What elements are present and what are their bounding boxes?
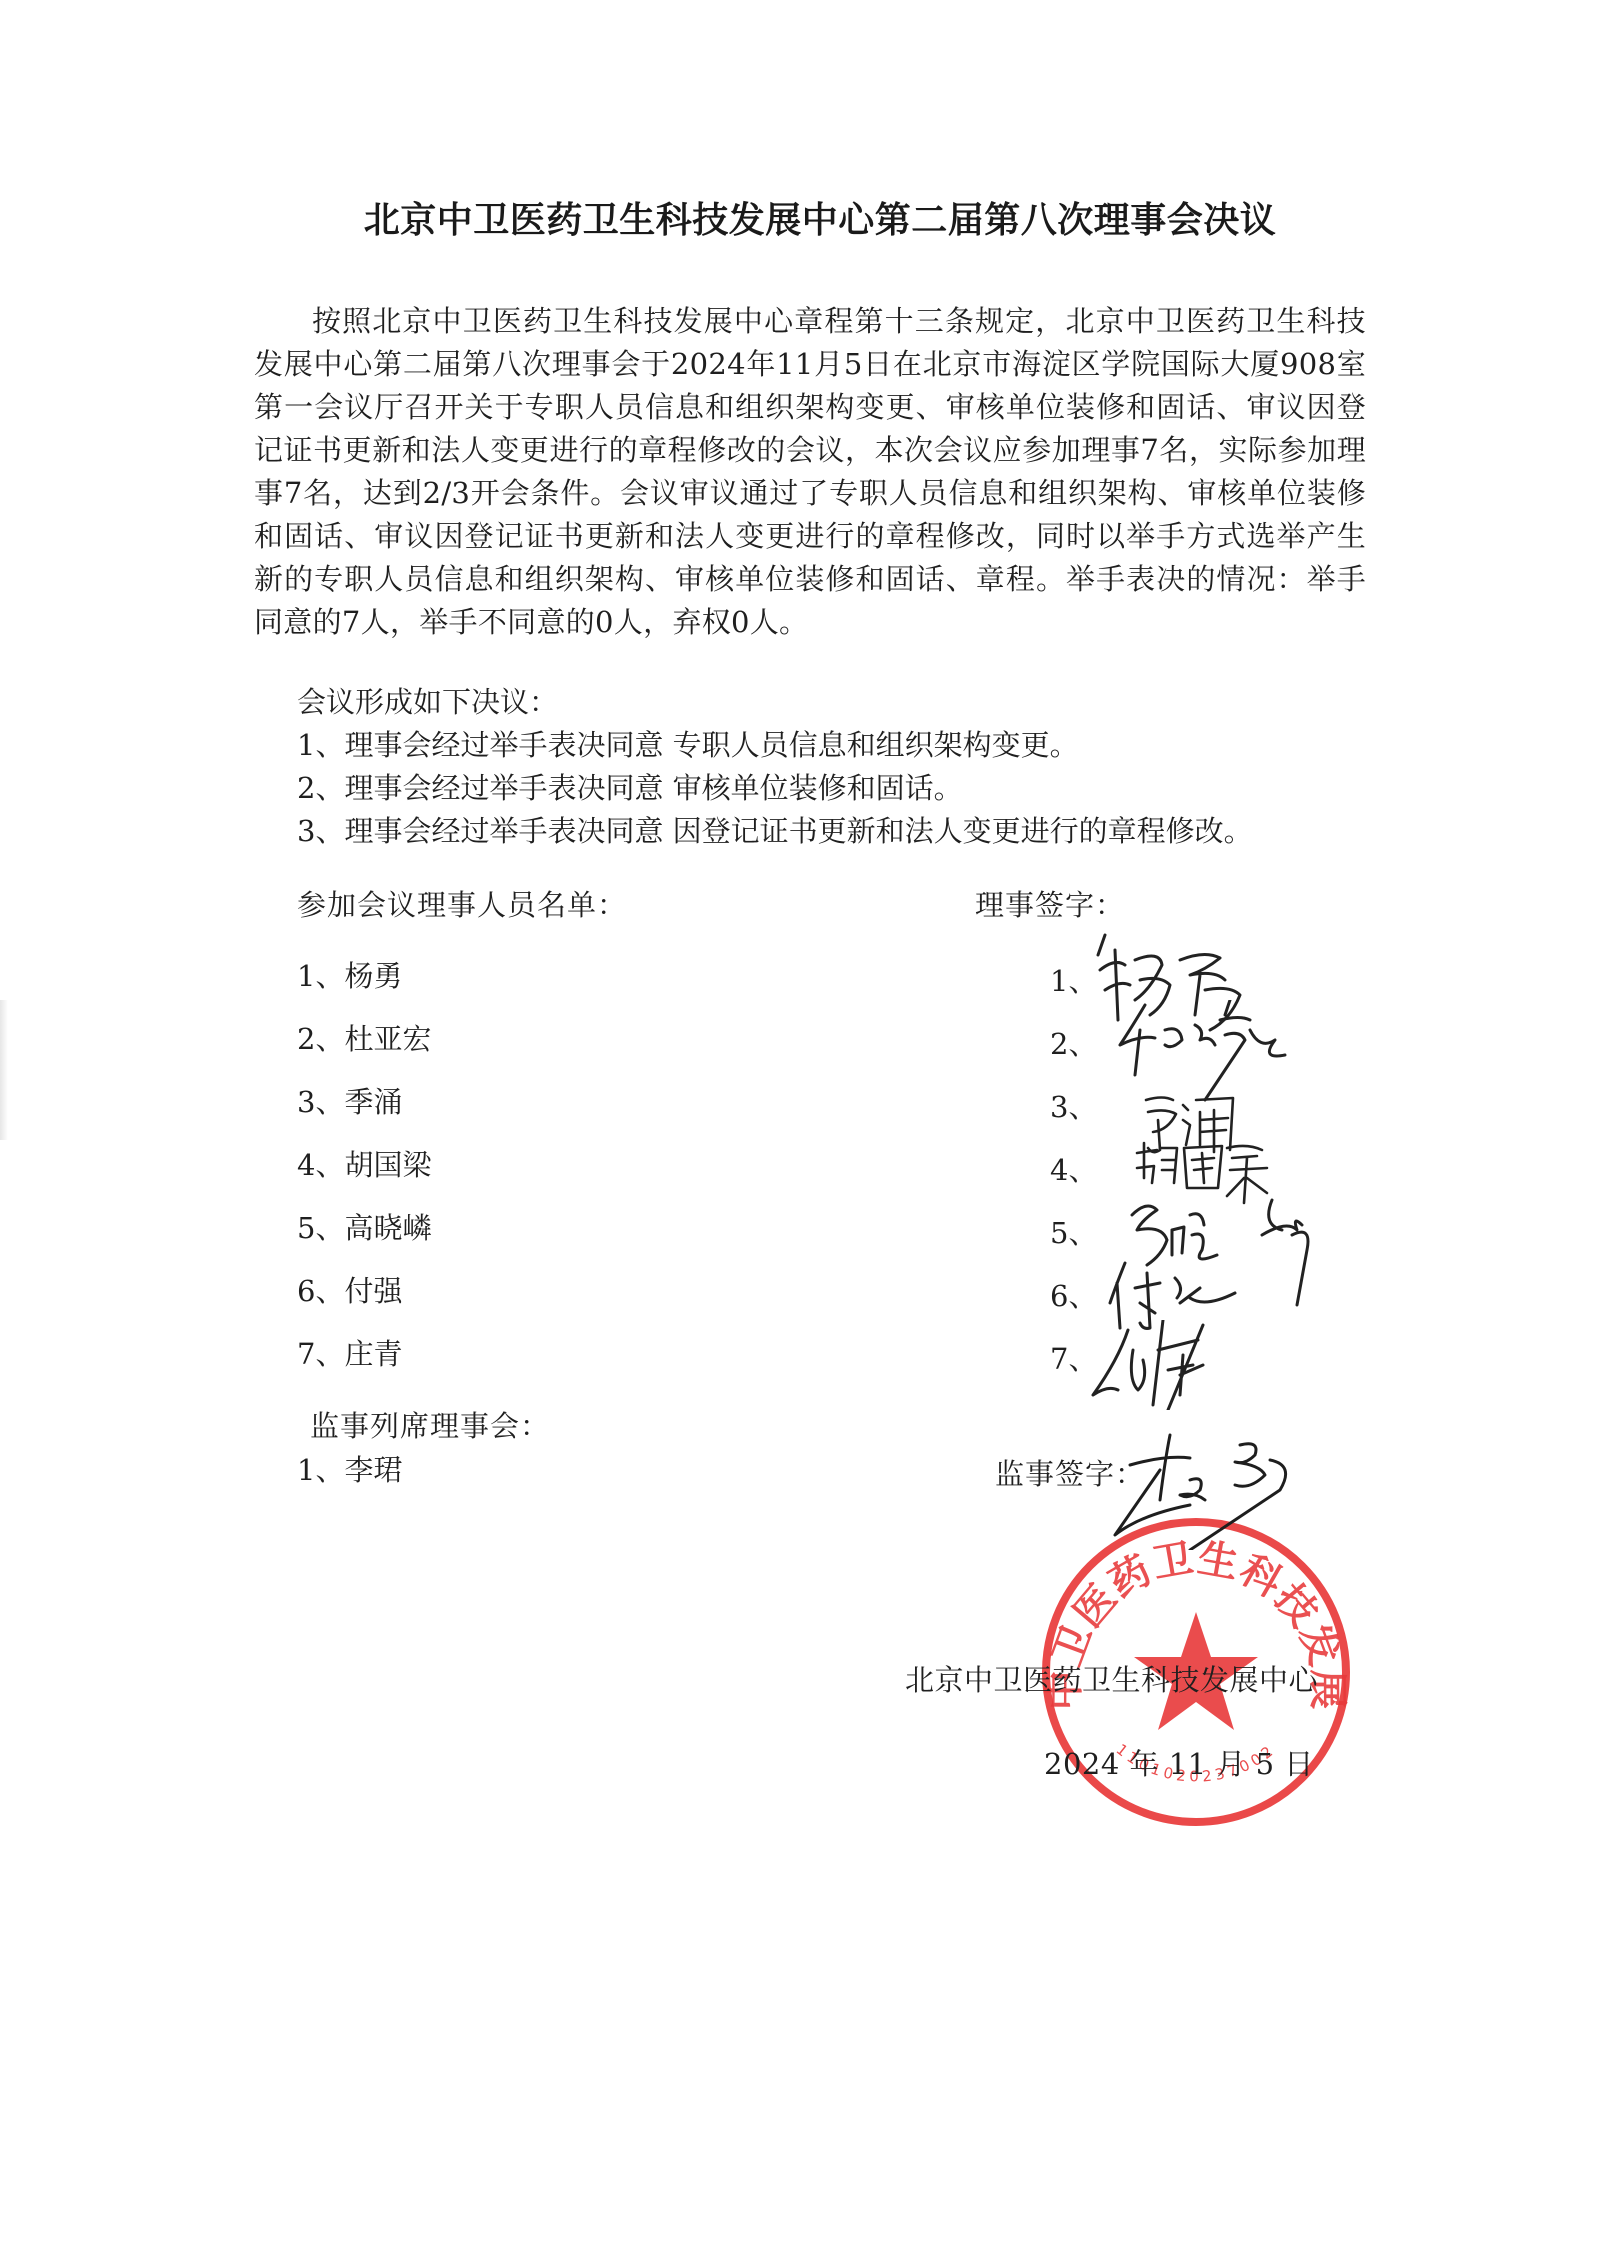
body-paragraph: 按照北京中卫医药卫生科技发展中心章程第十三条规定，北京中卫医药卫生科技发展中心第… <box>254 300 1366 644</box>
resolution-item: 3、理事会经过举手表决同意 因登记证书更新和法人变更进行的章程修改。 <box>297 810 1377 853</box>
signing-date: 2024 年 11 月 5 日 <box>1044 1746 1600 1782</box>
director-signature-heading: 理事签字： <box>975 887 1125 923</box>
signature-number: 3、 <box>1050 1089 1097 1125</box>
supervisor-heading: 监事列席理事会： <box>310 1408 550 1444</box>
signature-2-handwriting <box>1110 1000 1310 1110</box>
signature-number: 5、 <box>1050 1215 1097 1251</box>
resolution-item: 2、理事会经过举手表决同意 审核单位装修和固话。 <box>297 767 1377 810</box>
scan-artifact <box>0 1000 8 1140</box>
signature-number: 1、 <box>1050 963 1097 999</box>
signature-number: 2、 <box>1050 1026 1097 1062</box>
signature-number: 4、 <box>1050 1152 1097 1188</box>
organization-name: 北京中卫医药卫生科技发展中心 <box>905 1662 1600 1698</box>
attendee-item: 4、胡国梁 <box>297 1147 431 1183</box>
signature-3-handwriting <box>1138 1090 1258 1160</box>
attendee-item: 6、付强 <box>297 1273 402 1309</box>
signature-7-handwriting <box>1088 1320 1268 1410</box>
document-title: 北京中卫医药卫生科技发展中心第二届第八次理事会决议 <box>300 192 1340 243</box>
attendee-item: 3、季涌 <box>297 1084 402 1120</box>
signature-number: 7、 <box>1050 1341 1097 1377</box>
signature-5-handwriting <box>1122 1195 1332 1335</box>
attendee-item: 2、杜亚宏 <box>297 1021 431 1057</box>
attendee-item: 7、庄青 <box>297 1336 402 1372</box>
signature-6-handwriting <box>1105 1258 1265 1338</box>
attendee-item: 5、高晓嶙 <box>297 1210 431 1246</box>
signature-number: 6、 <box>1050 1278 1097 1314</box>
signature-4-handwriting <box>1132 1138 1272 1208</box>
signature-1-handwriting <box>1090 930 1290 1040</box>
resolution-item: 1、理事会经过举手表决同意 专职人员信息和组织架构变更。 <box>297 724 1377 767</box>
resolutions-section: 会议形成如下决议： 1、理事会经过举手表决同意 专职人员信息和组织架构变更。 2… <box>297 681 1377 853</box>
attendees-heading: 参加会议理事人员名单： <box>297 887 627 923</box>
attendee-item: 1、杨勇 <box>297 958 402 994</box>
supervisor-item: 1、李珺 <box>297 1452 402 1488</box>
supervisor-signature-label: 监事签字： <box>995 1456 1600 1492</box>
resolutions-intro: 会议形成如下决议： <box>297 681 1377 724</box>
document-page: 北京中卫医药卫生科技发展中心第二届第八次理事会决议 按照北京中卫医药卫生科技发展… <box>0 0 1600 2261</box>
